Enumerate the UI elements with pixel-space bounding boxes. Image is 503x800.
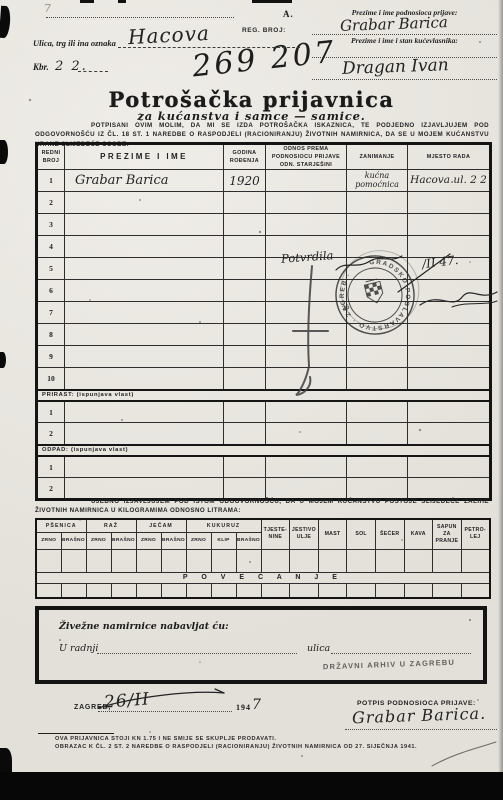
year-handwritten: 7 bbox=[252, 697, 261, 713]
official-cell-num: 1 bbox=[37, 456, 65, 478]
official-row: 2 bbox=[37, 423, 491, 445]
person-cell-name bbox=[65, 280, 224, 302]
supply-header: ŠEĆER bbox=[375, 519, 404, 549]
person-cell-workplace bbox=[408, 302, 491, 324]
purchase-box: Živežne namirnice nabavljat ću: U radnji… bbox=[35, 606, 487, 684]
person-cell-name bbox=[65, 192, 224, 214]
supply-group-header: JEČAM bbox=[136, 519, 186, 532]
box-street-rule bbox=[331, 653, 471, 654]
person-cell-born bbox=[224, 324, 266, 346]
supply-header: JESTIVO ULJE bbox=[290, 519, 319, 549]
fine-print-line-1: OVA PRIJAVNICA STOJI KN 1.75 I NE SMIJE … bbox=[55, 736, 277, 742]
supply-cell bbox=[61, 549, 86, 572]
official-cell-born bbox=[224, 423, 266, 445]
person-cell-name bbox=[65, 346, 224, 368]
section-band-row: PRIRAST: (ispunjava vlast) bbox=[37, 390, 491, 401]
supply-sub-header: KLIP bbox=[211, 532, 236, 549]
supply-cell bbox=[161, 583, 186, 598]
supply-cell bbox=[236, 549, 261, 572]
scan-artifact-left-1 bbox=[0, 140, 8, 164]
scan-bar-bottom bbox=[0, 772, 503, 800]
person-cell-num: 10 bbox=[37, 368, 65, 390]
supply-cell bbox=[375, 583, 404, 598]
supply-cell bbox=[375, 549, 404, 572]
applicant-name-handwritten: Grabar Barica bbox=[340, 13, 448, 35]
person-cell-born bbox=[224, 280, 266, 302]
official-cell-relation bbox=[266, 401, 347, 423]
street-label: Ulica, trg ili ina oznaka bbox=[33, 38, 116, 48]
person-cell-workplace bbox=[408, 192, 491, 214]
supplies-declaration-text: UJEDNO IZJAVLJUJEM POD ISTOM ODGOVORNOŠĆ… bbox=[35, 497, 489, 516]
persons-header-row: REDNI BROJPREZIME I IMEGODINA ROĐENJAODN… bbox=[37, 144, 491, 170]
person-cell-relation bbox=[266, 324, 347, 346]
supply-cell bbox=[161, 549, 186, 572]
supply-sub-header: ZRNO bbox=[36, 532, 61, 549]
section-band-row: ODPAD: (ispunjava vlast) bbox=[37, 445, 491, 456]
official-cell-name bbox=[65, 456, 224, 478]
person-cell-relation bbox=[266, 280, 347, 302]
section-band-label: ODPAD: (ispunjava vlast) bbox=[37, 445, 491, 456]
person-cell-workplace bbox=[408, 214, 491, 236]
supply-cell bbox=[404, 549, 433, 572]
fine-print-line-2: OBRAZAC K ČL. 2 ST. 2 NAREDBE O RASPODJE… bbox=[55, 744, 417, 750]
person-cell-born bbox=[224, 302, 266, 324]
supply-sub-header: BRAŠNO bbox=[111, 532, 136, 549]
official-cell-occupation bbox=[347, 423, 408, 445]
col-header-2: GODINA ROĐENJA bbox=[224, 144, 266, 170]
street-name-handwritten: Hacova bbox=[127, 21, 210, 49]
person-cell-num: 8 bbox=[37, 324, 65, 346]
person-row: 3 bbox=[37, 214, 491, 236]
archive-stamp-text: DRŽAVNI ARHIV U ZAGREBU bbox=[299, 657, 479, 672]
scan-artifact-top-left bbox=[0, 6, 11, 39]
box-street-label: ulica bbox=[307, 643, 330, 654]
supply-cell bbox=[186, 549, 211, 572]
scan-edge-right bbox=[498, 0, 503, 772]
signature-rule bbox=[345, 729, 497, 730]
supply-sub-header: BRAŠNO bbox=[61, 532, 86, 549]
supply-header: KAVA bbox=[404, 519, 433, 549]
official-row: 1 bbox=[37, 456, 491, 478]
supply-sub-header: ZRNO bbox=[186, 532, 211, 549]
person-cell-occupation bbox=[347, 192, 408, 214]
person-cell-relation bbox=[266, 346, 347, 368]
supply-cell bbox=[211, 549, 236, 572]
person-cell-workplace: Hacova ul. 2 2 bbox=[408, 170, 491, 192]
person-cell-workplace bbox=[408, 368, 491, 390]
landlord-rule-2 bbox=[312, 79, 497, 80]
person-cell-num: 1 bbox=[37, 170, 65, 192]
person-cell-workplace bbox=[408, 346, 491, 368]
purchase-intro: Živežne namirnice nabavljat ću: bbox=[59, 621, 229, 632]
supply-sub-header: BRAŠNO bbox=[236, 532, 261, 549]
persons-table: REDNI BROJPREZIME I IMEGODINA ROĐENJAODN… bbox=[35, 142, 492, 501]
supply-cell bbox=[261, 549, 290, 572]
supply-cell bbox=[261, 583, 290, 598]
scan-artifact-bottom-left bbox=[0, 748, 12, 774]
supply-group-header: KUKURUZ bbox=[186, 519, 261, 532]
official-cell-workplace bbox=[408, 423, 491, 445]
supply-cell bbox=[86, 583, 111, 598]
official-cell-workplace bbox=[408, 401, 491, 423]
supplies-value-row bbox=[36, 549, 490, 572]
person-cell-num: 3 bbox=[37, 214, 65, 236]
person-cell-name bbox=[65, 214, 224, 236]
person-cell-occupation bbox=[347, 258, 408, 280]
person-cell-name bbox=[65, 236, 224, 258]
scan-artifact-top-2 bbox=[252, 0, 292, 3]
supply-cell bbox=[318, 583, 347, 598]
official-cell-born bbox=[224, 456, 266, 478]
person-cell-num: 4 bbox=[37, 236, 65, 258]
year-printed: 194 bbox=[236, 703, 251, 712]
official-cell-num: 1 bbox=[37, 401, 65, 423]
person-cell-name bbox=[65, 368, 224, 390]
col-header-0: REDNI BROJ bbox=[37, 144, 65, 170]
supply-cell bbox=[433, 583, 462, 598]
official-cell-born bbox=[224, 401, 266, 423]
supply-cell bbox=[111, 583, 136, 598]
official-cell-workplace bbox=[408, 456, 491, 478]
scan-artifact-top-1 bbox=[80, 0, 94, 3]
person-cell-num: 7 bbox=[37, 302, 65, 324]
supplies-tbody: P O V E Č A N J E bbox=[36, 549, 490, 598]
scan-artifact-left-2 bbox=[0, 352, 6, 368]
landlord-name-handwritten: Dragan Ivan bbox=[342, 55, 449, 79]
person-cell-occupation bbox=[347, 346, 408, 368]
person-cell-occupation bbox=[347, 214, 408, 236]
supply-cell bbox=[347, 583, 376, 598]
fine-print-rule bbox=[38, 733, 114, 734]
person-cell-occupation bbox=[347, 236, 408, 258]
person-cell-name: Grabar Barica bbox=[65, 170, 224, 192]
official-cell-relation bbox=[266, 423, 347, 445]
person-cell-born bbox=[224, 346, 266, 368]
landlord-label: Prezime i ime i stan kućevlasnika: bbox=[312, 36, 497, 45]
supplies-group-row: PŠENICARAŽJEČAMKUKURUZTJESTE-NINEJESTIVO… bbox=[36, 519, 490, 532]
supply-cell bbox=[404, 583, 433, 598]
supply-cell bbox=[236, 583, 261, 598]
person-cell-occupation bbox=[347, 302, 408, 324]
section-a-label: A. bbox=[283, 9, 294, 19]
signature-handwritten: Grabar Barica. bbox=[352, 704, 487, 728]
person-cell-occupation bbox=[347, 324, 408, 346]
person-cell-num: 5 bbox=[37, 258, 65, 280]
supplies-table: PŠENICARAŽJEČAMKUKURUZTJESTE-NINEJESTIVO… bbox=[35, 518, 491, 599]
person-row: 10 bbox=[37, 368, 491, 390]
house-number-rule bbox=[78, 71, 108, 72]
person-cell-relation bbox=[266, 214, 347, 236]
supply-cell bbox=[318, 549, 347, 572]
section-band-label: PRIRAST: (ispunjava vlast) bbox=[37, 390, 491, 401]
increase-band-row: P O V E Č A N J E bbox=[36, 572, 490, 583]
supplies-thead: PŠENICARAŽJEČAMKUKURUZTJESTE-NINEJESTIVO… bbox=[36, 519, 490, 549]
supply-cell bbox=[461, 549, 490, 572]
increase-band-label: P O V E Č A N J E bbox=[36, 572, 490, 583]
person-row: 8 bbox=[37, 324, 491, 346]
person-cell-workplace bbox=[408, 324, 491, 346]
supply-sub-header: ZRNO bbox=[86, 532, 111, 549]
street-rule bbox=[118, 47, 300, 48]
person-cell-name bbox=[65, 324, 224, 346]
person-cell-num: 2 bbox=[37, 192, 65, 214]
supply-group-header: RAŽ bbox=[86, 519, 136, 532]
supply-cell bbox=[211, 583, 236, 598]
date-rule bbox=[98, 711, 232, 712]
persons-thead: REDNI BROJPREZIME I IMEGODINA ROĐENJAODN… bbox=[37, 144, 491, 170]
person-row: 9 bbox=[37, 346, 491, 368]
person-cell-born bbox=[224, 368, 266, 390]
person-row: 2 bbox=[37, 192, 491, 214]
person-cell-born bbox=[224, 192, 266, 214]
scanned-form-page: 7 A. REG. BROJ: 269 207 Prezime i ime po… bbox=[0, 0, 503, 800]
supply-header: SOL bbox=[347, 519, 376, 549]
supply-cell bbox=[186, 583, 211, 598]
person-cell-name bbox=[65, 302, 224, 324]
shop-label: U radnji bbox=[59, 643, 98, 654]
person-row: 1Grabar Barica1920kućna pomoćnicaHacova … bbox=[37, 170, 491, 192]
reg-broj-label: REG. BROJ: bbox=[242, 27, 286, 34]
supply-header: PETRO-LEJ bbox=[461, 519, 490, 549]
supply-cell bbox=[61, 583, 86, 598]
official-row: 1 bbox=[37, 401, 491, 423]
col-header-1: PREZIME I IME bbox=[65, 144, 224, 170]
supply-cell bbox=[36, 583, 61, 598]
supply-header: MAST bbox=[318, 519, 347, 549]
person-cell-born bbox=[224, 214, 266, 236]
supply-cell bbox=[347, 549, 376, 572]
supply-cell bbox=[461, 583, 490, 598]
scan-artifact-top-3 bbox=[118, 0, 126, 3]
person-cell-relation bbox=[266, 368, 347, 390]
person-cell-occupation: kućna pomoćnica bbox=[347, 170, 408, 192]
supply-sub-header: ZRNO bbox=[136, 532, 161, 549]
person-row: 7 bbox=[37, 302, 491, 324]
applicant-rule bbox=[312, 34, 497, 35]
person-cell-workplace bbox=[408, 280, 491, 302]
official-cell-occupation bbox=[347, 401, 408, 423]
col-header-4: ZANIMANJE bbox=[347, 144, 408, 170]
official-cell-occupation bbox=[347, 456, 408, 478]
person-cell-born bbox=[224, 258, 266, 280]
official-cell-num: 2 bbox=[37, 423, 65, 445]
person-row: 4 bbox=[37, 236, 491, 258]
supply-cell bbox=[290, 549, 319, 572]
supply-cell bbox=[111, 549, 136, 572]
person-cell-num: 6 bbox=[37, 280, 65, 302]
person-cell-occupation bbox=[347, 280, 408, 302]
supply-cell bbox=[290, 583, 319, 598]
pencil-note: 7 bbox=[43, 2, 52, 16]
supply-cell bbox=[86, 549, 111, 572]
col-header-5: MJESTO RADA bbox=[408, 144, 491, 170]
official-cell-name bbox=[65, 423, 224, 445]
person-cell-name bbox=[65, 258, 224, 280]
blank-rule bbox=[46, 17, 234, 18]
person-cell-occupation bbox=[347, 368, 408, 390]
supply-group-header: PŠENICA bbox=[36, 519, 86, 532]
supply-cell bbox=[433, 549, 462, 572]
supply-header: SAPUN ZA PRANJE bbox=[433, 519, 462, 549]
official-cell-relation bbox=[266, 456, 347, 478]
person-cell-born bbox=[224, 236, 266, 258]
person-cell-relation bbox=[266, 192, 347, 214]
person-row: 6 bbox=[37, 280, 491, 302]
house-number-label: Kbr. bbox=[33, 62, 49, 72]
official-cell-name bbox=[65, 401, 224, 423]
person-cell-num: 9 bbox=[37, 346, 65, 368]
supplies-increase-row bbox=[36, 583, 490, 598]
supply-cell bbox=[36, 549, 61, 572]
supply-sub-header: BRAŠNO bbox=[161, 532, 186, 549]
supply-cell bbox=[136, 549, 161, 572]
person-cell-relation bbox=[266, 302, 347, 324]
shop-rule bbox=[97, 653, 297, 654]
persons-tbody: 1Grabar Barica1920kućna pomoćnicaHacova … bbox=[37, 170, 491, 500]
person-cell-born: 1920 bbox=[224, 170, 266, 192]
supply-cell bbox=[136, 583, 161, 598]
date-handwritten: 26/II bbox=[103, 689, 150, 712]
col-header-3: ODNOS PREMA PODNOSIOCU PRIJAVE ODN. STAR… bbox=[266, 144, 347, 170]
person-cell-relation bbox=[266, 170, 347, 192]
supply-header: TJESTE-NINE bbox=[261, 519, 290, 549]
